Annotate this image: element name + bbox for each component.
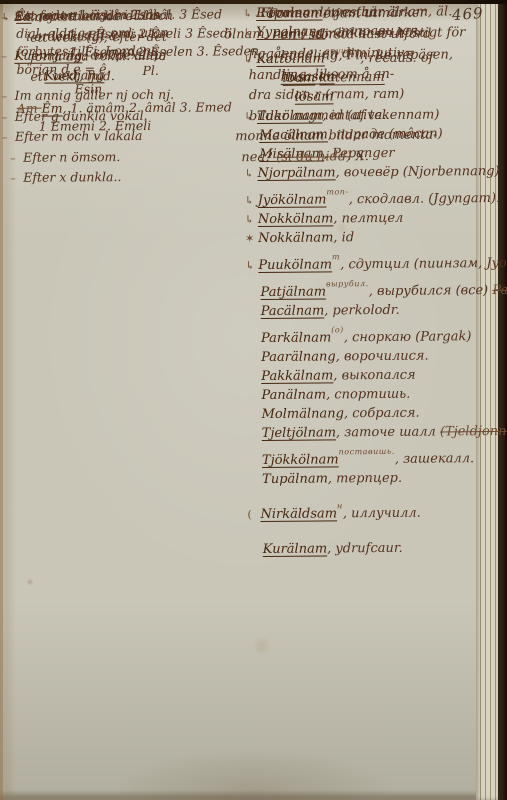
line-text: , id [333, 230, 354, 245]
word-entry: ↳Jyökölnammon-, скодлавл. (Jgyngam). [260, 181, 498, 210]
line-text: Efter m och v lakala [15, 128, 143, 144]
dash-note-line: –Efter n ömsom. [17, 146, 253, 168]
headword: Parkälnam [261, 330, 332, 346]
line-text: en i största hast utförd [280, 27, 431, 43]
line-text: dra sidan r (rnam, ram) [249, 87, 405, 103]
headword: Kuennjang [14, 47, 82, 62]
line-text: Efter n ömsom. [23, 149, 120, 165]
word-entry: Pacälnam, perkolodr. [261, 300, 499, 321]
interlinear-note: m [332, 252, 340, 261]
line-text: Formen étjam utmärker [268, 6, 426, 22]
word-entry: Tupälnam, терпцер. [262, 468, 500, 489]
accent-note-line: i ordens slut ä. [16, 25, 252, 46]
struck-text: Patjennam [492, 282, 507, 298]
word-entry: Patjälnamвырубил., вырубился (все) Patje… [260, 273, 498, 302]
line-text: , ворочилися. [336, 349, 429, 365]
paragraph-line: handling, Fin. ke repäsen, [270, 44, 507, 67]
line-text: , зашекалл. [395, 451, 474, 467]
margin-mark-icon: ( [247, 505, 260, 524]
paragraph-line: en i största hast utförd [270, 23, 507, 46]
word-entry: ↳Nokkölnam, пелтцел [260, 208, 498, 229]
line-text: , сдутцил (пиинзам, Jyo) [340, 256, 507, 272]
line-text: nea? [241, 149, 276, 164]
line-text: , выкопался [333, 368, 415, 384]
margin-mark-icon: ↳ [245, 191, 258, 210]
headword: Nokkälnam [258, 230, 333, 246]
word-entry: Tjökkölnamпоставишь., зашекалл. [262, 441, 500, 470]
line-text: Efter ģ dunkla vokal. [15, 107, 148, 123]
word-entry: Panälnam, спортишь. [261, 384, 499, 405]
line-text: , ydrufcaur. [327, 541, 403, 557]
line-text: i ordens slut ä. [26, 28, 120, 44]
word-entry: ✶Nokkälnam, id [260, 227, 498, 248]
headword: husasen [281, 69, 335, 84]
headword: Tjökkölnam [262, 452, 339, 468]
struck-text: (si du hidd) [276, 149, 351, 165]
interlinear-note: поставишь. [339, 447, 395, 456]
margin-mark-icon: ↳ [245, 256, 258, 275]
paragraph-line: monne ölnam bildar momenta- [225, 125, 497, 148]
line-text: , сноркаю (Pargak) [344, 329, 472, 345]
line-text: , скодлавл. (Jgyngam). [349, 191, 501, 207]
word-entry: Tjeltjölnam, заточе шалл (Tjeldjonnam) [262, 422, 500, 443]
manuscript-page: 469 Ês, fader 1. äsäm 2. âsâl. 3 Êsed1. … [0, 0, 507, 800]
word-entry: Pakkälnam, выкопался [261, 365, 499, 386]
accent-note-line: –Kuennjang, омбрехиер, [16, 44, 252, 66]
headword: Patjälnam [260, 284, 326, 300]
paragraph-line: nea? (si du hidd) X. [225, 145, 497, 168]
line-text: , perkolodr. [324, 303, 400, 319]
margin-mark-icon: – [10, 148, 23, 168]
margin-mark-icon: ↳ [1, 8, 14, 27]
word-entry: Parkälnam(о), сноркаю (Pargak) [261, 319, 499, 348]
word-entry: Paarälnang, ворочилися. [261, 346, 499, 367]
margin-mark-icon: ↳ [245, 210, 258, 229]
headword: Kuedjang [44, 67, 104, 82]
accent-note-line: ↳En accentuerade e blir [16, 5, 252, 27]
line-text: , омбрехиер, [82, 47, 165, 63]
margin-mark-icon: – [2, 87, 15, 107]
word-entry: Kurälnam, ydrufcaur. [263, 538, 501, 559]
margin-mark-icon: ✶ [245, 229, 258, 248]
dash-note-line: –Efter ģ dunkla vokal. [17, 105, 253, 127]
headword: Molmälnang [262, 406, 344, 422]
line-text: , заточе шалл [336, 424, 440, 440]
headword: Paarälnang [261, 349, 336, 365]
interlinear-note: (о) [331, 325, 344, 334]
struck-text: (Tjeldjonnam) [440, 424, 507, 440]
margin-mark-icon: – [255, 4, 268, 25]
margin-mark-icon: – [2, 128, 15, 148]
dash-note-line: –Efter x dunkla.. [17, 166, 253, 188]
line-text: , вырубился (все) [369, 283, 493, 299]
headword: Tupälnam [262, 471, 328, 487]
headword: Tjeltjölnam [262, 425, 336, 441]
word-entry: (Nirkäldsamн, иллучилл. [262, 495, 500, 524]
dash-note-line: –Im annig gäller nj och nj. [17, 84, 253, 106]
interlinear-note: mon- [326, 187, 348, 196]
paragraph-line: dra sidan r (rnam, ram) [225, 84, 497, 107]
headword: Pakkälnam [261, 368, 333, 384]
line-text: , иллучилл. [343, 506, 421, 522]
paragraph-line: husasen [271, 65, 507, 88]
line-text: bildar augmentativa. [249, 107, 387, 123]
left-column: Ês, fader 1. äsäm 2. âsâl. 3 Êsed1. a Ês… [16, 5, 252, 7]
line-text: En accentuerade e blir [14, 8, 159, 24]
paragraph-line: –Formen étjam utmärker [270, 2, 507, 25]
accent-note-line: Kuedjang [16, 64, 252, 85]
margin-mark-icon: – [2, 107, 15, 127]
line-text: Efter x dunkla.. [23, 169, 121, 185]
dash-note-line: –Efter m och v lakala [17, 125, 253, 147]
headword: Kurälnam [263, 541, 328, 557]
line-text: handling, Fin. ke repäsen, [280, 47, 453, 64]
line-text: monne ölnam bildar momenta- [235, 127, 437, 144]
line-text: , собрался. [344, 406, 420, 422]
accent-note-block: ↳En accentuerade e bliri ordens slut ä.–… [16, 5, 253, 85]
line-text: , спортишь. [326, 387, 410, 403]
word-entry: ↳Puukölnamm, сдутцил (пиинзам, Jyo) [260, 246, 498, 275]
headword: Pacälnam [261, 303, 325, 319]
interlinear-note: вырубил. [326, 279, 369, 288]
headword: Puukölnam [258, 257, 332, 273]
margin-mark-icon: – [10, 169, 23, 189]
headword: Nokkölnam [258, 211, 334, 227]
line-text: Im annig gäller nj och nj. [15, 87, 175, 103]
paragraph-line: bildar augmentativa. [225, 104, 497, 127]
line-text: X. [351, 149, 369, 164]
headword: Jyökölnam [258, 192, 327, 208]
headword: Nirkäldsam [260, 506, 337, 522]
line-text: , пелтцел [333, 211, 403, 227]
word-entry: Molmälnang, собрался. [262, 403, 500, 424]
margin-mark-icon: – [1, 47, 14, 66]
line-text: , терпцер. [328, 471, 402, 487]
formen-etjam-paragraph: –Formen étjam utmärkeren i största hast … [270, 2, 507, 88]
headword: Panälnam [261, 387, 326, 403]
